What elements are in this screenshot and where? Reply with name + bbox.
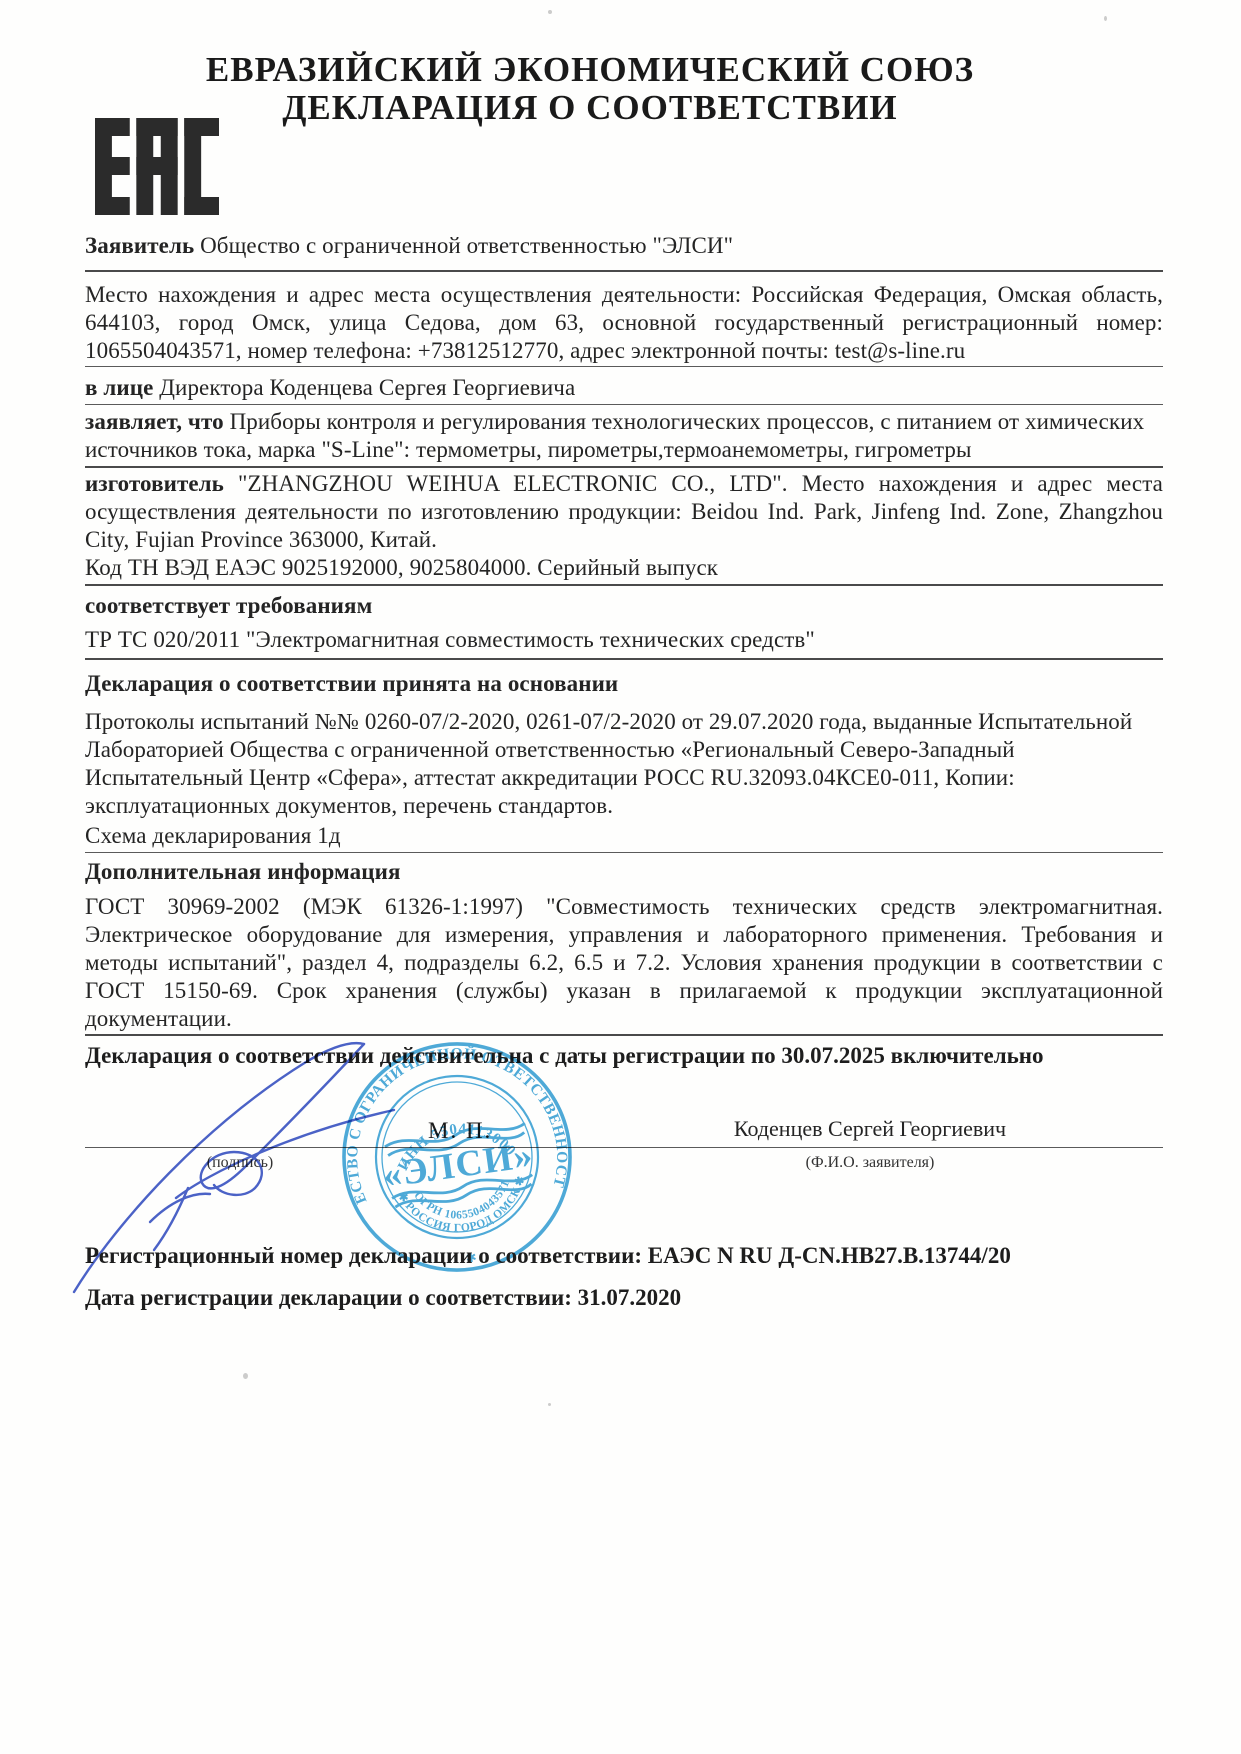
registration-date-value: 31.07.2020	[578, 1285, 682, 1310]
scan-speck	[548, 1403, 551, 1406]
test-protocols-paragraph: Протоколы испытаний №№ 0260-07/2-2020, 0…	[85, 708, 1163, 820]
additional-info-heading: Дополнительная информация	[85, 858, 1163, 886]
registration-number-label: Регистрационный номер декларации о соотв…	[85, 1243, 642, 1268]
declaration-document-page: ЕВРАЗИЙСКИЙ ЭКОНОМИЧЕСКИЙ СОЮЗ ДЕКЛАРАЦИ…	[0, 0, 1241, 1754]
applicant-address: Место нахождения и адрес места осуществл…	[85, 281, 1163, 365]
company-stamp: ОБЩЕСТВО С ОГРАНИЧЕННОЙ ОТВЕТСТВЕННОСТЬЮ…	[337, 1037, 577, 1277]
manufacturer-paragraph: изготовитель "ZHANGZHOU WEIHUA ELECTRONI…	[85, 470, 1163, 554]
registration-date-label: Дата регистрации декларации о соответств…	[85, 1285, 572, 1310]
declares-value: Приборы контроля и регулирования техноло…	[85, 409, 1144, 462]
product-declaration: заявляет, что Приборы контроля и регулир…	[85, 408, 1163, 464]
declarant-name: Коденцев Сергей Георгиевич	[580, 1116, 1160, 1142]
basis-heading: Декларация о соответствии принята на осн…	[85, 670, 1163, 698]
represented-by-row: в лице Директора Коденцева Сергея Георги…	[85, 374, 1163, 402]
compliance-heading: соответствует требованиям	[85, 592, 1163, 620]
declaration-scheme-line: Схема декларирования 1д	[85, 822, 1163, 850]
declarant-name-caption: (Ф.И.О. заявителя)	[580, 1154, 1160, 1172]
registration-number-value: ЕАЭС N RU Д-CN.НВ27.В.13744/20	[648, 1243, 1011, 1268]
section-divider	[85, 584, 1163, 586]
represented-by-value: Директора Коденцева Сергея Георгиевича	[159, 375, 575, 400]
scan-speck	[1104, 16, 1107, 21]
section-divider	[85, 404, 1163, 405]
section-divider	[85, 658, 1163, 660]
applicant-row: Заявитель Общество с ограниченной ответс…	[85, 232, 1163, 260]
manufacturer-value: "ZHANGZHOU WEIHUA ELECTRONIC CO., LTD". …	[85, 471, 1163, 552]
section-divider	[85, 852, 1163, 853]
tn-ved-line: Код ТН ВЭД ЕАЭС 9025192000, 9025804000. …	[85, 554, 1163, 582]
registration-date-row: Дата регистрации декларации о соответств…	[85, 1284, 1163, 1312]
manufacturer-label: изготовитель	[85, 471, 224, 496]
applicant-value: Общество с ограниченной ответственностью…	[200, 233, 733, 258]
manufacturer-section: изготовитель "ZHANGZHOU WEIHUA ELECTRONI…	[85, 470, 1163, 582]
eac-mark-icon	[95, 118, 219, 215]
section-divider	[85, 466, 1163, 468]
document-title-union: ЕВРАЗИЙСКИЙ ЭКОНОМИЧЕСКИЙ СОЮЗ	[0, 50, 1180, 90]
section-divider	[85, 270, 1163, 272]
applicant-label: Заявитель	[85, 233, 194, 258]
scan-speck	[548, 10, 552, 14]
section-divider	[85, 366, 1163, 367]
declares-label: заявляет, что	[85, 409, 224, 434]
scan-speck	[243, 1373, 248, 1379]
represented-by-label: в лице	[85, 375, 153, 400]
registration-number-row: Регистрационный номер декларации о соотв…	[85, 1242, 1163, 1270]
compliance-regulation: ТР ТС 020/2011 "Электромагнитная совмест…	[85, 626, 1163, 654]
